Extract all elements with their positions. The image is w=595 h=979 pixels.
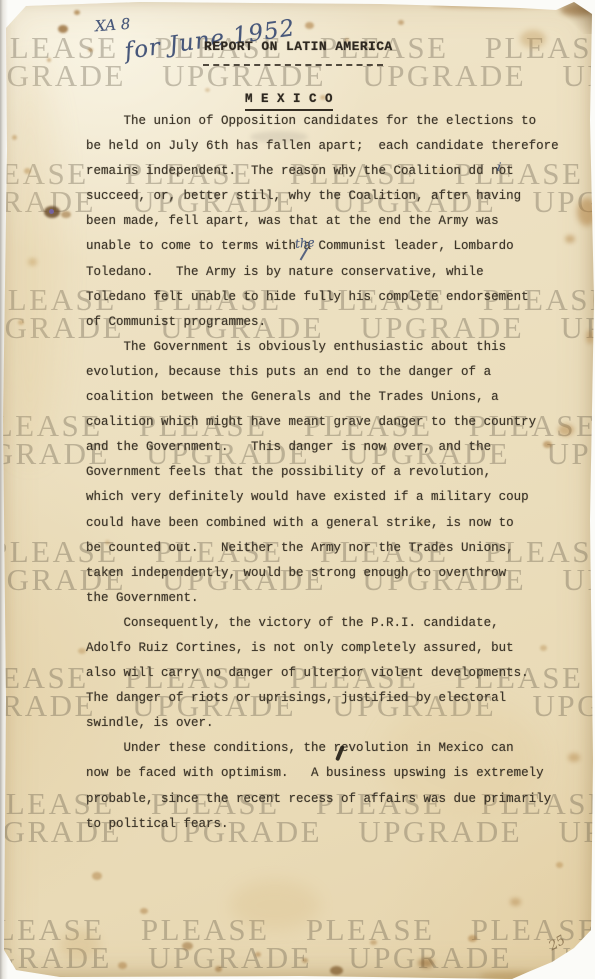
foxing-stain: [230, 880, 320, 930]
foxing-stain: [78, 648, 86, 654]
title-underline: [203, 52, 383, 66]
foxing-stain: [418, 958, 434, 968]
foxing-stain: [556, 862, 563, 868]
typed-line: The union of Opposition candidates for t…: [86, 109, 572, 134]
typed-line: the Government.: [86, 586, 572, 611]
typed-line: now be faced with optimism. A business u…: [86, 761, 572, 786]
typed-line: which very definitely would have existed…: [86, 485, 572, 510]
foxing-stain: [480, 972, 540, 979]
typed-line: Consequently, the victory of the P.R.I. …: [86, 611, 572, 636]
typed-line: The Government is obviously enthusiastic…: [86, 335, 572, 360]
typed-line: be held on July 6th has fallen apart; ea…: [86, 134, 572, 159]
foxing-stain: [215, 966, 222, 972]
typed-line: be counted out. Neither the Army nor the…: [86, 536, 572, 561]
typed-line: coalition between the Generals and the T…: [86, 385, 572, 410]
typed-line: unable to come to terms with a Communist…: [86, 234, 572, 259]
typed-body: The union of Opposition candidates for t…: [86, 109, 572, 837]
foxing-stain: [520, 30, 546, 48]
typed-line: could have been combined with a general …: [86, 511, 572, 536]
typed-line: The danger of riots or uprisings, justif…: [86, 686, 572, 711]
scan-backdrop: PLEASE PLEASE PLEASE PLEASE PLEASE PLEAS…: [0, 0, 595, 979]
foxing-stain: [305, 22, 314, 29]
foxing-stain: [370, 940, 377, 945]
typed-line: Government feels that the possibility of…: [86, 460, 572, 485]
typed-line: taken independently, would be strong eno…: [86, 561, 572, 586]
document-page: PLEASE PLEASE PLEASE PLEASE PLEASE PLEAS…: [0, 0, 595, 979]
foxing-stain: [182, 942, 193, 950]
foxing-stain: [61, 211, 71, 218]
foxing-stain: [330, 966, 343, 975]
foxing-stain: [140, 908, 148, 914]
foxing-stain: [398, 20, 404, 25]
foxing-stain: [205, 88, 210, 92]
typed-line: Toledano felt unable to hide fully his c…: [86, 285, 572, 310]
typed-line: evolution, because this puts an end to t…: [86, 360, 572, 385]
foxing-stain: [468, 935, 477, 942]
foxing-stain: [47, 58, 51, 62]
foxing-stain: [88, 48, 93, 52]
foxing-stain: [92, 872, 102, 880]
typed-line: coalition which might have meant grave d…: [86, 410, 572, 435]
foxing-stain: [577, 198, 595, 226]
typed-line: probable, since the recent recess of aff…: [86, 787, 572, 812]
typed-line: and the Government. This danger is now o…: [86, 435, 572, 460]
typed-line: Adolfo Ruiz Cortines, is not only comple…: [86, 636, 572, 661]
typed-line: of Communist programmes.: [86, 310, 572, 335]
typed-line: been made, fell apart, was that at the e…: [86, 209, 572, 234]
foxing-stain: [510, 898, 521, 906]
foxing-stain: [58, 25, 68, 33]
typed-line: succeed, or, better still, why the Coali…: [86, 184, 572, 209]
foxing-stain: [560, 4, 594, 16]
typed-line: Toledano. The Army is by nature conserva…: [86, 260, 572, 285]
foxing-stain: [302, 958, 308, 963]
handwritten-code: XA 8: [94, 15, 130, 35]
foxing-stain: [586, 330, 594, 344]
foxing-stain: [255, 952, 261, 957]
foxing-stain: [74, 10, 80, 15]
typed-line: also will carry no danger of ulterior vi…: [86, 661, 572, 686]
typed-line: swindle, is over.: [86, 711, 572, 736]
typed-line: Under these conditions, the revolution i…: [86, 736, 572, 761]
foxing-stain: [60, 930, 100, 960]
foxing-stain: [118, 962, 127, 969]
foxing-stain: [430, 2, 550, 8]
foxing-stain: [0, 60, 60, 460]
typed-line: to political fears.: [86, 812, 572, 837]
